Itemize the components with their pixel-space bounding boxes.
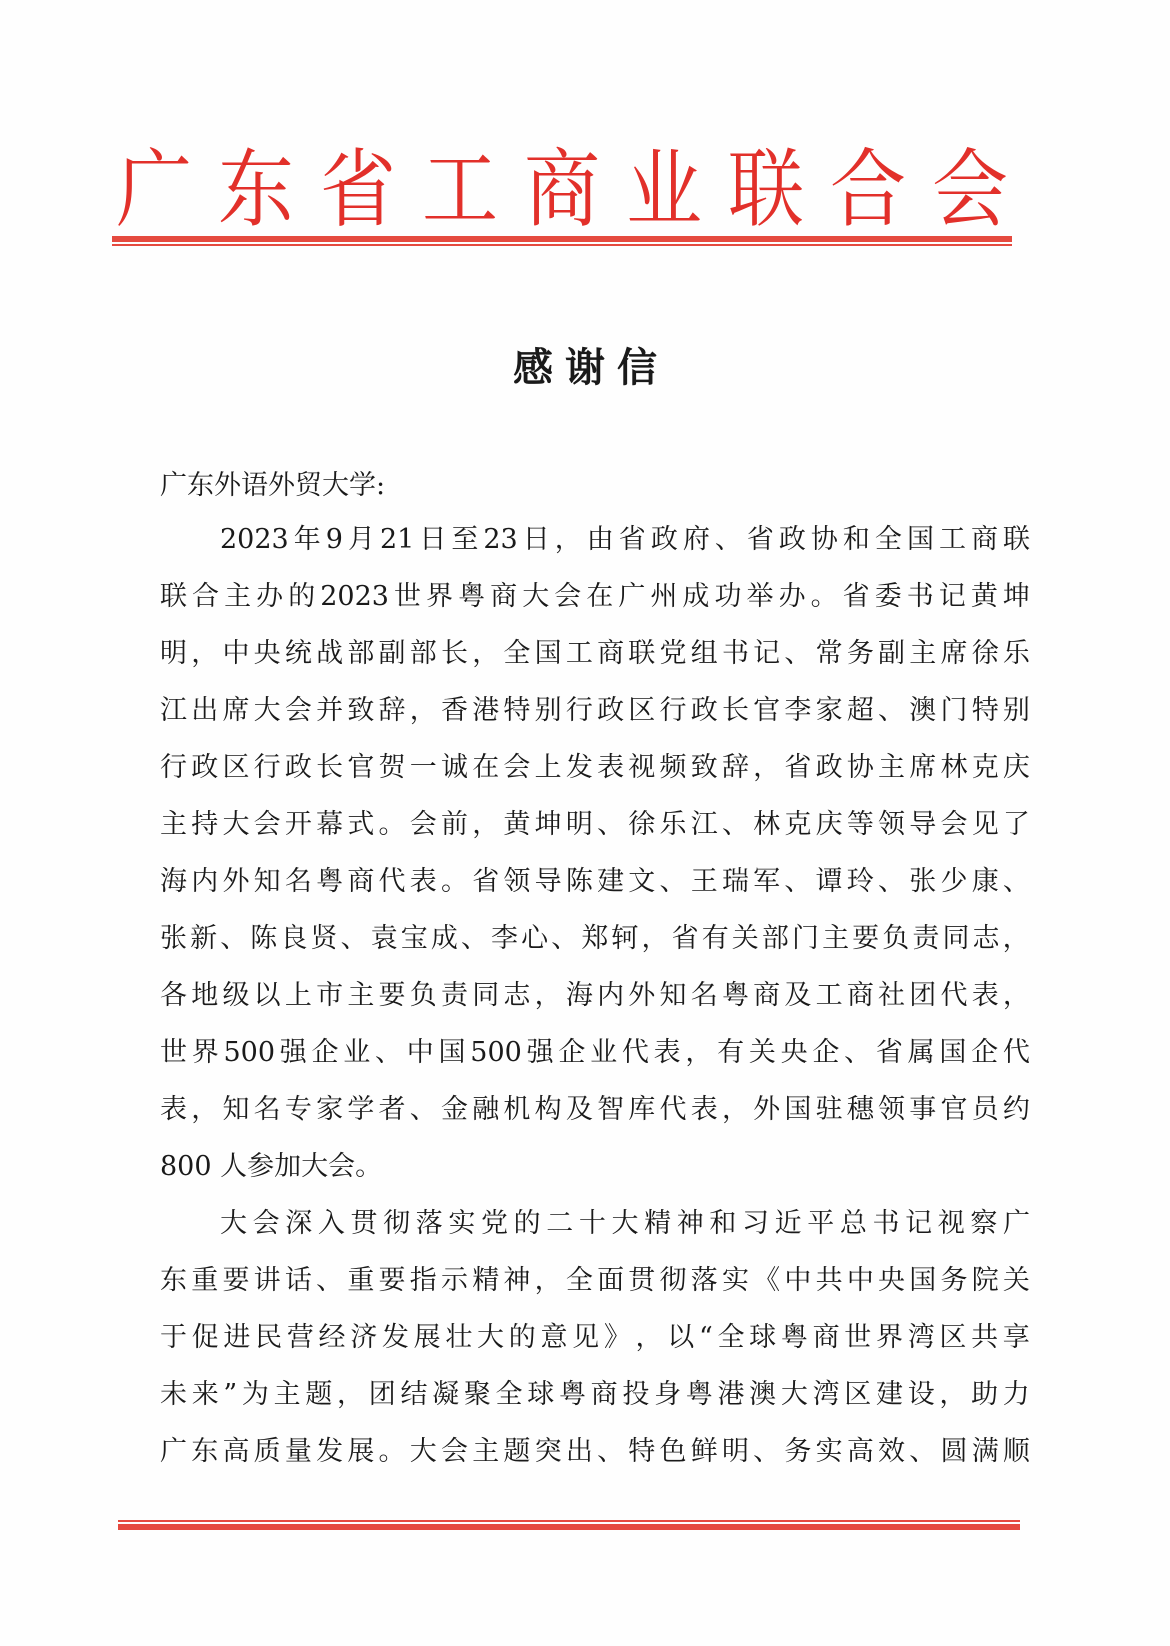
body-line: 大会深入贯彻落实党的二十大精神和习近平总书记视察广 xyxy=(160,1204,1030,1261)
body-line: 于促进民营经济发展壮大的意见》，以“全球粤商世界湾区共享 xyxy=(160,1318,1030,1375)
footer-divider xyxy=(118,1520,1020,1530)
body-line: 行政区行政长官贺一诚在会上发表视频致辞，省政协主席林克庆 xyxy=(160,748,1030,805)
letter-page: 广东省工商业联合会 感谢信 广东外语外贸大学: 2023年9月21日至23日，由… xyxy=(0,0,1170,1646)
salutation: 广东外语外贸大学: xyxy=(160,466,385,506)
body-line: 联合主办的2023世界粤商大会在广州成功举办。省委书记黄坤 xyxy=(160,577,1030,634)
body-line: 未来”为主题，团结凝聚全球粤商投身粤港澳大湾区建设，助力 xyxy=(160,1375,1030,1432)
letterhead-character: 合 xyxy=(826,147,910,232)
letterhead-divider xyxy=(112,236,1012,246)
body-line: 东重要讲话、重要指示精神，全面贯彻落实《中共中央国务院关 xyxy=(160,1261,1030,1318)
letterhead-character: 商 xyxy=(520,147,604,232)
body-line: 张新、陈良贤、袁宝成、李心、郑轲，省有关部门主要负责同志， xyxy=(160,919,1030,976)
body-line: 800 人参加大会。 xyxy=(160,1147,1030,1204)
body-line: 明，中央统战部副部长，全国工商联党组书记、常务副主席徐乐 xyxy=(160,634,1030,691)
body-line: 世界500强企业、中国500强企业代表，有关央企、省属国企代 xyxy=(160,1033,1030,1090)
body-line: 江出席大会并致辞，香港特别行政区行政长官李家超、澳门特别 xyxy=(160,691,1030,748)
body-line: 2023年9月21日至23日，由省政府、省政协和全国工商联 xyxy=(160,520,1030,577)
letterhead-character: 东 xyxy=(214,147,298,232)
document-title: 感谢信 xyxy=(0,336,1170,393)
body-line: 海内外知名粤商代表。省领导陈建文、王瑞军、谭玲、张少康、 xyxy=(160,862,1030,919)
letterhead-character: 联 xyxy=(724,147,808,232)
letterhead-character: 会 xyxy=(928,147,1012,232)
letterhead-organization-name: 广东省工商业联合会 xyxy=(112,140,1012,240)
divider-thin-line xyxy=(112,244,1012,246)
letterhead-character: 广 xyxy=(112,147,196,232)
letterhead-character: 省 xyxy=(316,147,400,232)
body-line: 各地级以上市主要负责同志，海内外知名粤商及工商社团代表， xyxy=(160,976,1030,1033)
body-line: 表，知名专家学者、金融机构及智库代表，外国驻穗领事官员约 xyxy=(160,1090,1030,1147)
body-line: 广东高质量发展。大会主题突出、特色鲜明、务实高效、圆满顺 xyxy=(160,1432,1030,1489)
letterhead-character: 工 xyxy=(418,147,502,232)
divider-thick-line xyxy=(118,1524,1020,1530)
body-line: 主持大会开幕式。会前，黄坤明、徐乐江、林克庆等领导会见了 xyxy=(160,805,1030,862)
letter-body: 2023年9月21日至23日，由省政府、省政协和全国工商联联合主办的2023世界… xyxy=(160,520,1030,1489)
letterhead-character: 业 xyxy=(622,147,706,232)
